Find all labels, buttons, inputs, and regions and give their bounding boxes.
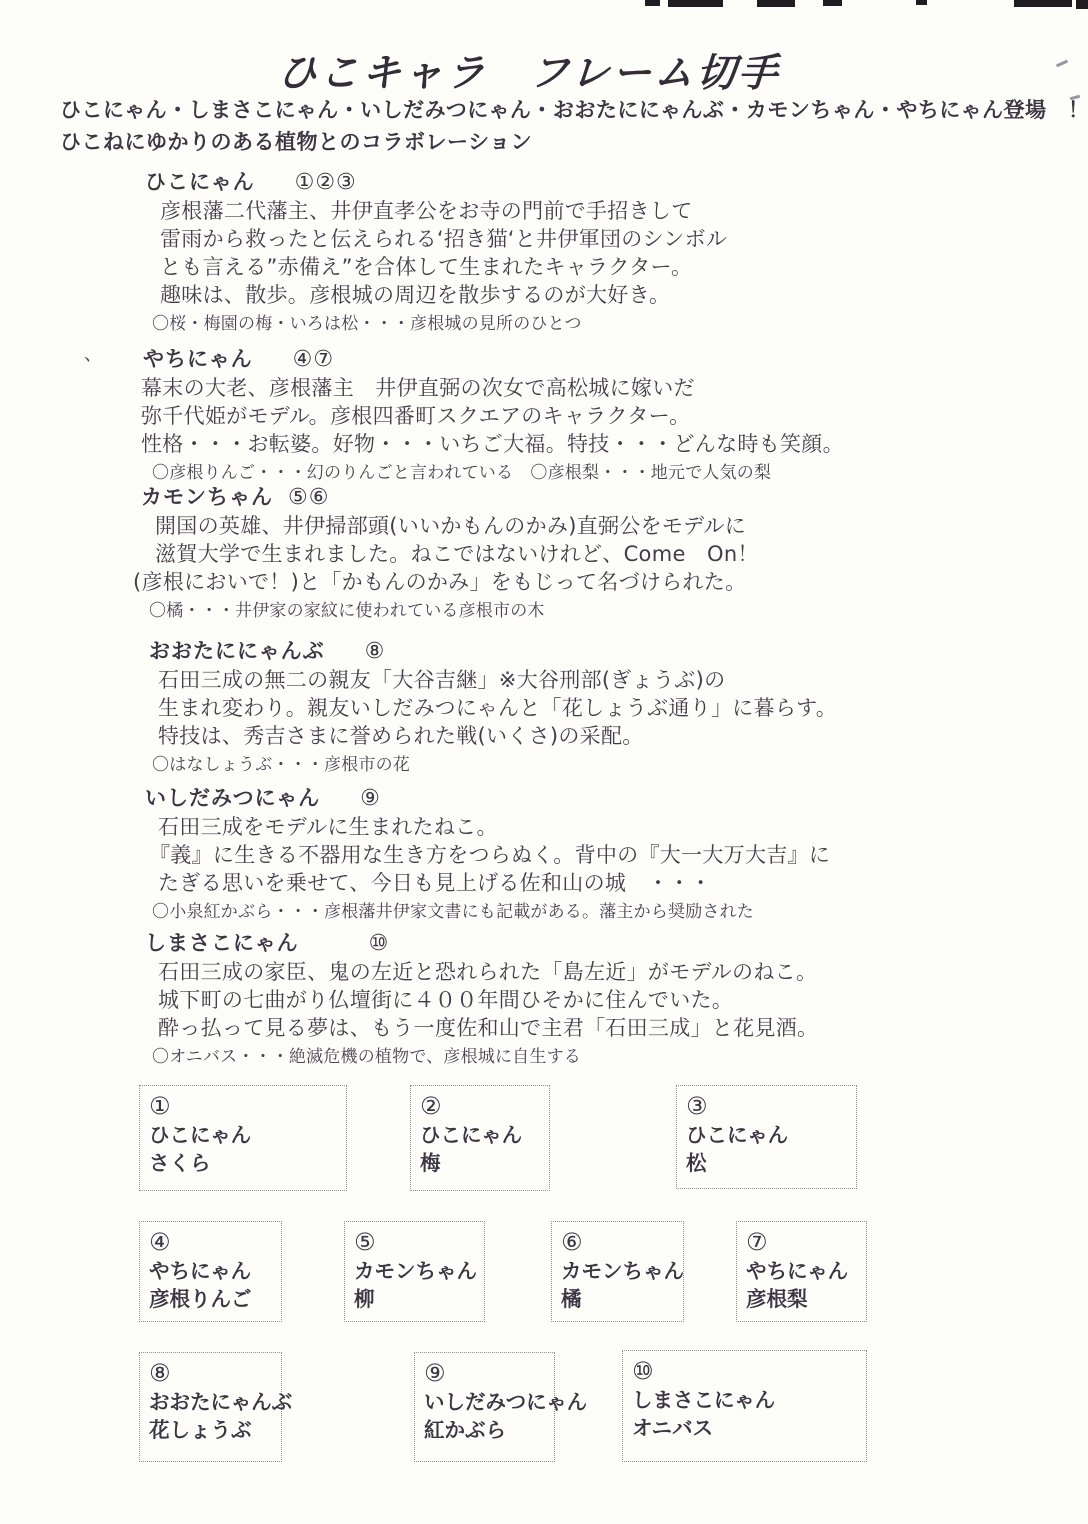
stamp-plant: オニバス bbox=[632, 1414, 857, 1442]
character-name: やちにゃん bbox=[143, 347, 253, 371]
description-line: 弥千代姫がモデル。彦根四番町スクエアのキャラクター。 bbox=[141, 402, 1073, 430]
stamp-number: ② bbox=[420, 1091, 540, 1121]
scan-artifact-bar bbox=[823, 0, 842, 6]
stamp-box-2: ② ひこにゃん 梅 bbox=[410, 1085, 550, 1191]
stamp-number: ⑥ bbox=[561, 1227, 674, 1257]
description-line: 幕末の大老、彦根藩主 井伊直弼の次女で高松城に嫁いだ bbox=[141, 374, 1073, 402]
stamp-number: ⑦ bbox=[746, 1227, 857, 1257]
stamp-plant: 花しょうぶ bbox=[149, 1416, 272, 1444]
stamp-number: ③ bbox=[686, 1091, 847, 1121]
description-line: 特技は、秀吉さまに誉められた戦(いくさ)の采配。 bbox=[158, 722, 1073, 750]
description-line: 性格・・・お転婆。好物・・・いちご大福。特技・・・どんな時も笑顔。 bbox=[141, 430, 1073, 458]
section-yachinyan: やちにゃん④⑦ 幕末の大老、彦根藩主 井伊直弼の次女で高松城に嫁いだ 弥千代姫が… bbox=[133, 345, 1073, 486]
stamp-character: しまさこにゃん bbox=[632, 1386, 857, 1414]
description-line: 開国の英雄、井伊掃部頭(いいかもんのかみ)直弼公をモデルに bbox=[155, 512, 1073, 540]
stamp-character: やちにゃん bbox=[149, 1257, 272, 1285]
section-heading: おおたににゃんぶ⑧ bbox=[149, 637, 1073, 666]
stamp-plant: 紅かぶら bbox=[424, 1416, 545, 1444]
stamp-box-9: ⑨ いしだみつにゃん 紅かぶら bbox=[414, 1352, 555, 1462]
stamp-plant: 柳 bbox=[354, 1285, 475, 1313]
description-line: 石田三成の家臣、鬼の左近と恐れられた「島左近」がモデルのねこ。 bbox=[158, 958, 1073, 986]
scan-artifact-bar bbox=[668, 0, 723, 7]
plant-note: 〇橘・・・井伊家の家紋に使われている彦根市の木 bbox=[149, 598, 1073, 624]
stamp-number-refs: ⑩ bbox=[369, 931, 390, 956]
scan-artifact-bar bbox=[916, 0, 927, 5]
section-kamonchan: カモンちゃん⑤⑥ 開国の英雄、井伊掃部頭(いいかもんのかみ)直弼公をモデルに 滋… bbox=[133, 483, 1073, 624]
stamp-character: カモンちゃん bbox=[354, 1257, 475, 1285]
section-ishidamitsunyan: いしだみつにゃん⑨ 石田三成をモデルに生まれたねこ。 『義』に生きる不器用な生き… bbox=[133, 784, 1073, 925]
stamp-number: ⑩ bbox=[632, 1356, 857, 1386]
character-name: カモンちゃん bbox=[141, 485, 273, 509]
description-line: 石田三成の無二の親友「大谷吉継」※大谷刑部(ぎょうぶ)の bbox=[158, 666, 1073, 694]
description-line: (彦根においで！)と「かもんのかみ」をもじって名づけられた。 bbox=[133, 568, 1073, 596]
plant-note: 〇桜・梅園の梅・いろは松・・・彦根城の見所のひとつ bbox=[152, 311, 1073, 337]
stamp-number-refs: ①②③ bbox=[295, 170, 357, 195]
stray-mark: 、 bbox=[84, 340, 102, 366]
scan-artifact-bar bbox=[1076, 0, 1088, 9]
description-line: 『義』に生きる不器用な生き方をつらぬく。背中の『大一大万大吉』に bbox=[149, 841, 1073, 869]
description-line: たぎる思いを乗せて、今日も見上げる佐和山の城 ・・・ bbox=[158, 869, 1073, 897]
stamp-number-refs: ④⑦ bbox=[293, 347, 334, 372]
stamp-box-4: ④ やちにゃん 彦根りんご bbox=[139, 1221, 282, 1322]
stamp-number: ① bbox=[149, 1091, 337, 1121]
section-heading: ひこにゃん①②③ bbox=[145, 168, 1073, 197]
stamp-number: ④ bbox=[149, 1227, 272, 1257]
section-heading: いしだみつにゃん⑨ bbox=[145, 784, 1073, 813]
description-line: 彦根藩二代藩主、井伊直孝公をお寺の門前で手招きして bbox=[160, 197, 1073, 225]
stamp-box-8: ⑧ おおたにゃんぶ 花しょうぶ bbox=[139, 1352, 282, 1462]
description-line: 趣味は、散歩。彦根城の周辺を散歩するのが大好き。 bbox=[160, 281, 1073, 309]
stamp-box-3: ③ ひこにゃん 松 bbox=[676, 1085, 857, 1189]
stamp-plant: 梅 bbox=[420, 1149, 540, 1177]
stamp-box-6: ⑥ カモンちゃん 橘 bbox=[551, 1221, 684, 1322]
description-line: 酔っ払って見る夢は、もう一度佐和山で主君「石田三成」と花見酒。 bbox=[158, 1014, 1073, 1042]
stamp-number: ⑧ bbox=[149, 1358, 272, 1388]
page-title: ひこキャラ フレーム切手 bbox=[276, 42, 782, 98]
stamp-plant: 彦根梨 bbox=[746, 1285, 857, 1313]
stamp-character: いしだみつにゃん bbox=[424, 1388, 545, 1416]
stamp-number-refs: ⑨ bbox=[360, 786, 381, 811]
description-line: 雷雨から救ったと伝えられる‘招き猫‘と井伊軍団のシンボル bbox=[160, 225, 1073, 253]
stamp-box-7: ⑦ やちにゃん 彦根梨 bbox=[736, 1221, 867, 1322]
character-name: おおたににゃんぶ bbox=[149, 639, 325, 663]
stamp-plant: 彦根りんご bbox=[149, 1285, 272, 1313]
scan-artifact-bar bbox=[1014, 0, 1072, 7]
plant-note: 〇はなしょうぶ・・・彦根市の花 bbox=[152, 752, 1073, 778]
stamp-character: ひこにゃん bbox=[420, 1121, 540, 1149]
stamp-plant: 松 bbox=[686, 1149, 847, 1177]
description-line: 城下町の七曲がり仏壇街に４００年間ひそかに住んでいた。 bbox=[158, 986, 1073, 1014]
description-line: 石田三成をモデルに生まれたねこ。 bbox=[158, 813, 1073, 841]
stamp-box-1: ① ひこにゃん さくら bbox=[139, 1085, 347, 1191]
scan-artifact-bar bbox=[645, 0, 660, 6]
description-line: 生まれ変わり。親友いしだみつにゃんと「花しょうぶ通り」に暮らす。 bbox=[158, 694, 1073, 722]
section-heading: しまさこにゃん⑩ bbox=[145, 929, 1073, 958]
stamp-character: やちにゃん bbox=[746, 1257, 857, 1285]
intro-line-1: ひこにゃん・しまさこにゃん・いしだみつにゃん・おおたににゃんぶ・カモンちゃん・や… bbox=[60, 94, 1088, 124]
description-line: とも言える”赤備え”を合体して生まれたキャラクター。 bbox=[160, 253, 1073, 281]
character-name: ひこにゃん bbox=[145, 170, 255, 194]
plant-note: 〇オニバス・・・絶滅危機の植物で、彦根城に自生する bbox=[152, 1044, 1073, 1070]
scanned-document-page: ひこキャラ フレーム切手 ひこにゃん・しまさこにゃん・いしだみつにゃん・おおたに… bbox=[0, 0, 1088, 1524]
section-shimasakonyan: しまさこにゃん⑩ 石田三成の家臣、鬼の左近と恐れられた「島左近」がモデルのねこ。… bbox=[133, 929, 1073, 1070]
stamp-character: カモンちゃん bbox=[561, 1257, 674, 1285]
stamp-number-refs: ⑧ bbox=[365, 639, 386, 664]
character-name: しまさこにゃん bbox=[145, 931, 299, 955]
section-heading: やちにゃん④⑦ bbox=[143, 345, 1073, 374]
stamp-number-refs: ⑤⑥ bbox=[288, 485, 329, 510]
stamp-character: おおたにゃんぶ bbox=[149, 1388, 272, 1416]
description-line: 滋賀大学で生まれました。ねこではないけれど、Come On！ bbox=[155, 540, 1073, 568]
stamp-box-5: ⑤ カモンちゃん 柳 bbox=[344, 1221, 485, 1322]
stamp-box-10: ⑩ しまさこにゃん オニバス bbox=[622, 1350, 867, 1462]
section-heading: カモンちゃん⑤⑥ bbox=[141, 483, 1073, 512]
intro-line-2: ひこねにゆかりのある植物とのコラボレーション bbox=[60, 126, 532, 156]
stamp-number: ⑤ bbox=[354, 1227, 475, 1257]
stamp-plant: さくら bbox=[149, 1149, 337, 1177]
stamp-number: ⑨ bbox=[424, 1358, 545, 1388]
plant-note: 〇小泉紅かぶら・・・彦根藩井伊家文書にも記載がある。藩主から奨励された bbox=[152, 899, 1073, 925]
section-ootaninyanbu: おおたににゃんぶ⑧ 石田三成の無二の親友「大谷吉継」※大谷刑部(ぎょうぶ)の 生… bbox=[133, 637, 1073, 778]
stamp-character: ひこにゃん bbox=[686, 1121, 847, 1149]
stamp-character: ひこにゃん bbox=[149, 1121, 337, 1149]
stamp-plant: 橘 bbox=[561, 1285, 674, 1313]
scan-speck bbox=[1056, 60, 1068, 68]
scan-artifact-bar bbox=[757, 0, 795, 7]
section-hikonyan: ひこにゃん①②③ 彦根藩二代藩主、井伊直孝公をお寺の門前で手招きして 雷雨から救… bbox=[133, 168, 1073, 337]
character-name: いしだみつにゃん bbox=[145, 786, 320, 810]
